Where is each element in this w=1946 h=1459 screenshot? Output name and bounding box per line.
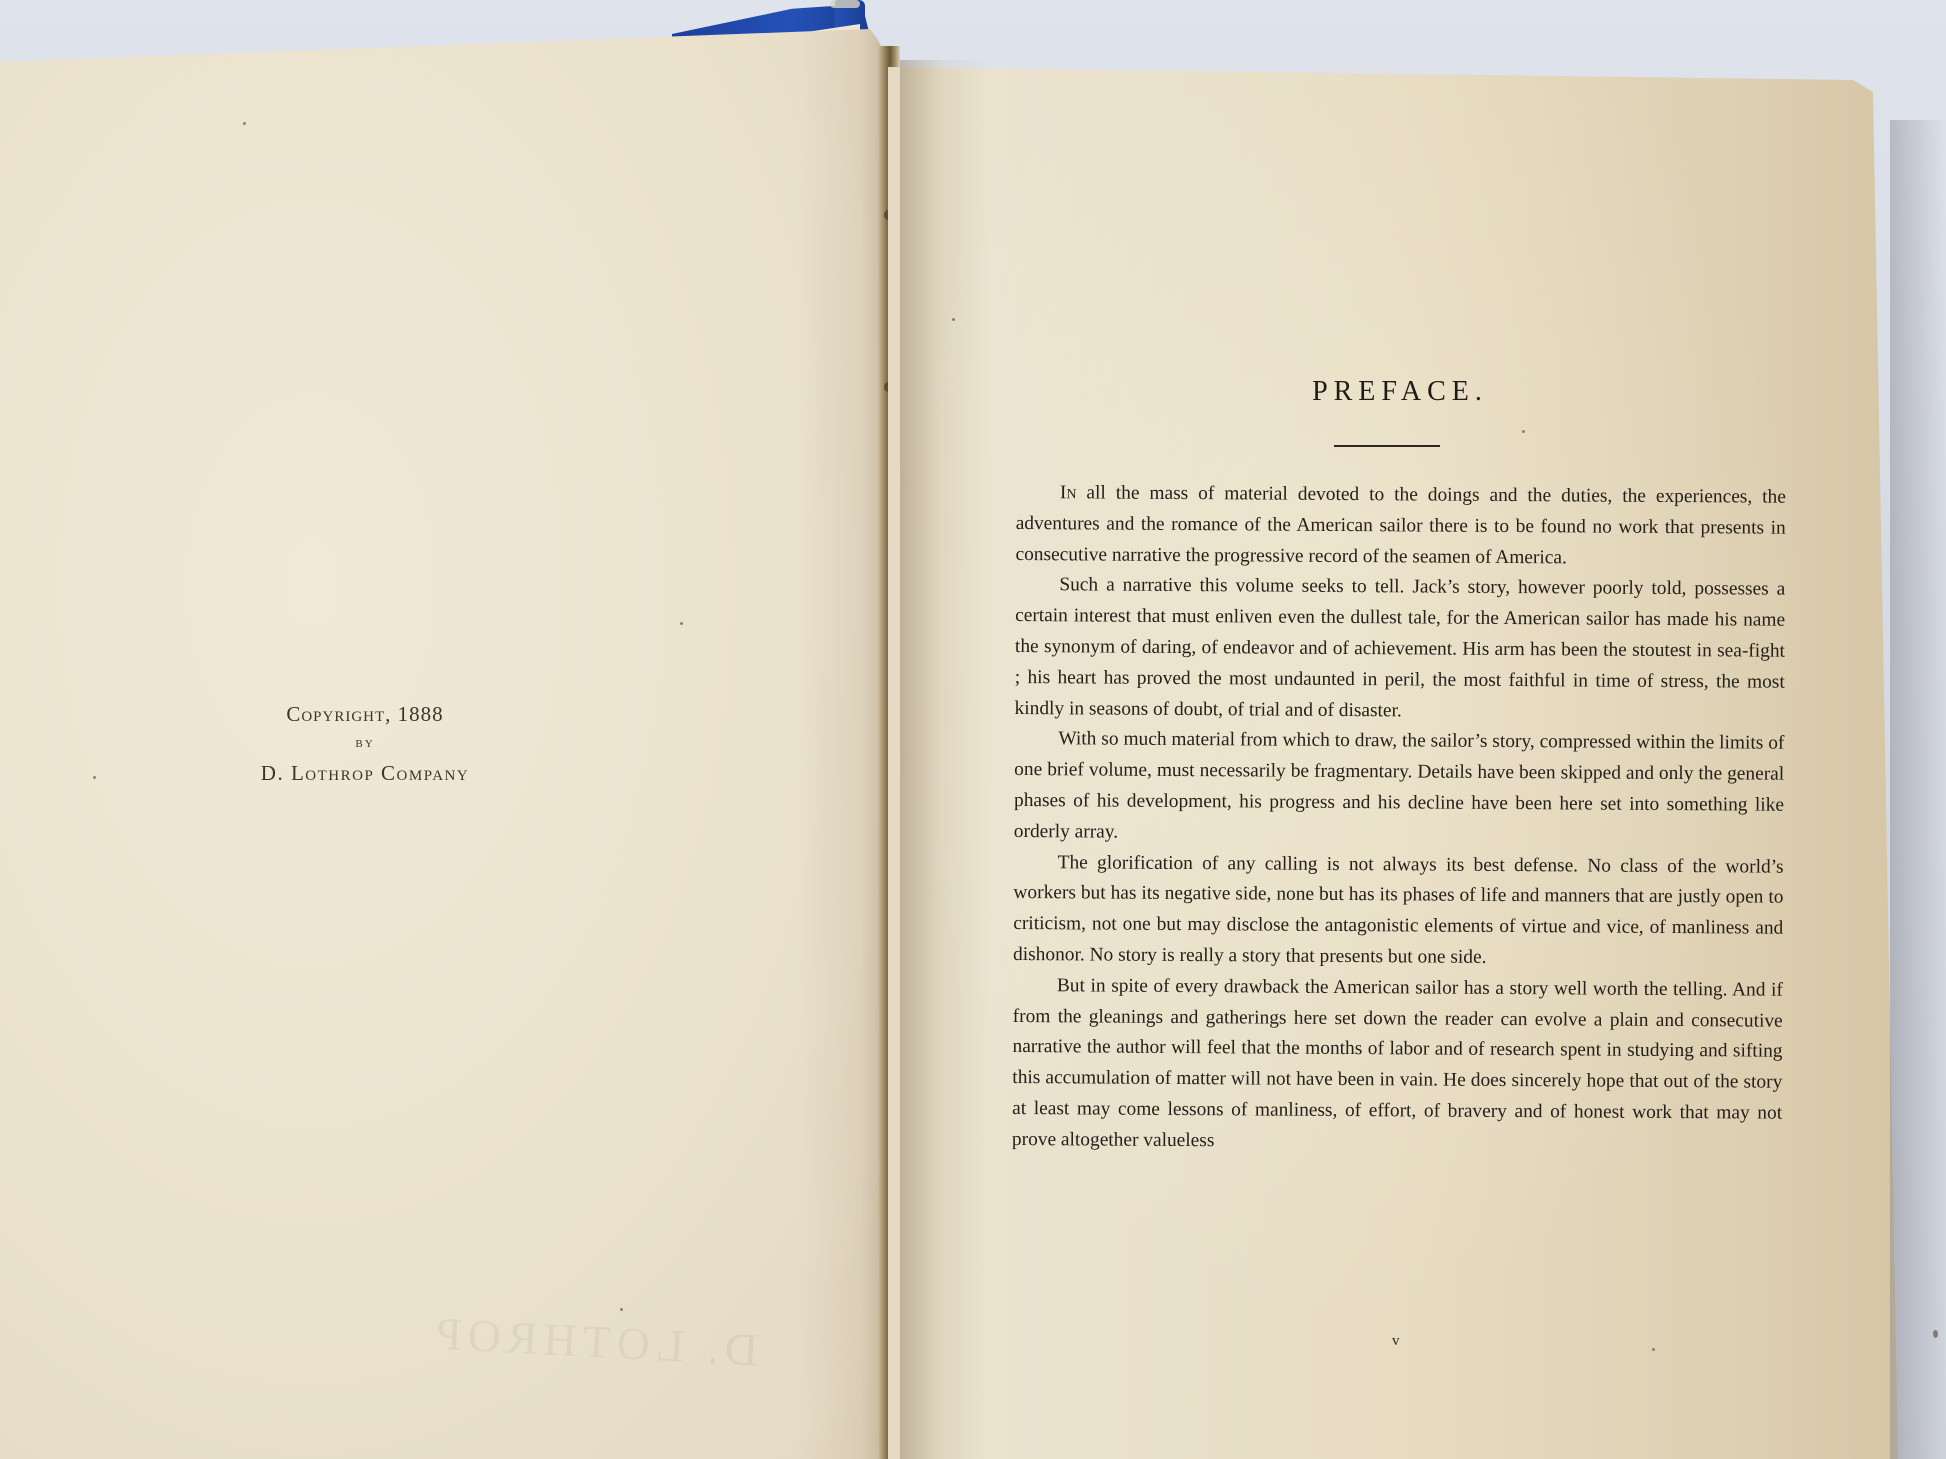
preface-paragraph: But in spite of every drawback the Ameri… — [1012, 971, 1783, 1160]
paper-speck — [952, 318, 955, 321]
paper-speck — [1933, 1330, 1938, 1338]
publisher-name: D. Lothrop Company — [200, 756, 530, 790]
copyright-line: Copyright, 1888 — [200, 698, 530, 730]
paper-speck — [1522, 430, 1525, 433]
paragraph-text: Such a narrative this volume seeks to te… — [1015, 575, 1786, 721]
page-number: v — [1392, 1333, 1400, 1350]
paragraph-text: But in spite of every drawback the Ameri… — [1012, 975, 1783, 1151]
preface-paragraph: The glorification of any calling is not … — [1013, 848, 1784, 976]
title-rule — [1334, 445, 1440, 447]
paper-speck — [620, 1308, 623, 1311]
left-page: Copyright, 1888 by D. Lothrop Company D.… — [0, 0, 888, 1459]
cover-fray — [830, 0, 860, 8]
copyright-block: Copyright, 1888 by D. Lothrop Company — [200, 698, 530, 790]
preface-paragraph: With so much material from which to draw… — [1014, 724, 1785, 852]
paper-speck — [243, 122, 246, 125]
paragraph-text: The glorification of any calling is not … — [1013, 852, 1784, 968]
paragraph-text: With so much material from which to draw… — [1014, 729, 1785, 843]
paper-speck — [93, 776, 96, 779]
preface-paragraph: In all the mass of material devoted to t… — [1015, 478, 1786, 575]
paragraph-text: all the mass of material devoted to the … — [1015, 482, 1785, 568]
paragraph-lead: In — [1060, 482, 1077, 503]
preface-body: In all the mass of material devoted to t… — [1012, 478, 1786, 1160]
paper-speck — [680, 622, 683, 625]
paper-speck — [1652, 1348, 1655, 1351]
preface-paragraph: Such a narrative this volume seeks to te… — [1014, 570, 1785, 729]
bleed-through-print: D. LOTHROP — [429, 1306, 760, 1376]
page-edge-shadow — [1890, 120, 1946, 1459]
preface-title: PREFACE. — [1270, 376, 1530, 408]
copyright-by: by — [200, 730, 530, 756]
